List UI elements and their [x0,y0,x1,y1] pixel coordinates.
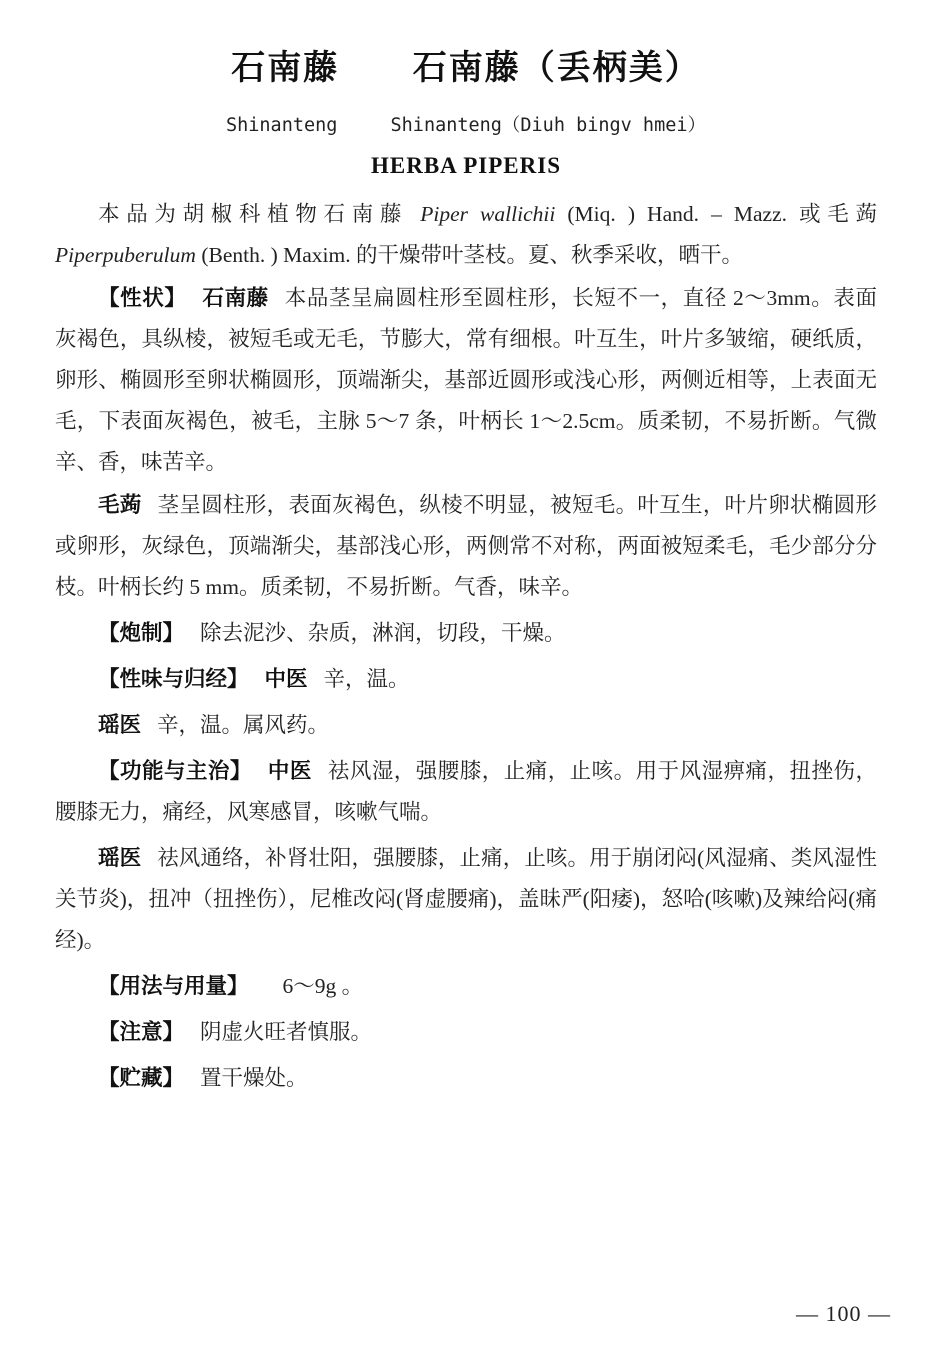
section-text-gongneng-yao: 祛风通络，补肾壮阳，强腰膝，止痛，止咳。用于崩闭闷(风湿痛、类风湿性关节炎)，扭… [55,846,877,952]
document-content: 石南藤 石南藤（丢柄美） Shinanteng Shinanteng（Diuh … [0,40,927,1099]
source-text-seg3: (Benth. ) Maxim. 的干燥带叶茎枝。夏、秋季采收，晒干。 [196,243,743,267]
pinyin-line: Shinanteng Shinanteng（Diuh bingv hmei） [55,111,877,137]
paragraph-paozhi: 【炮制】除去泥沙、杂质，淋润，切段，干燥。 [55,613,877,654]
document-page: 石南藤 石南藤（丢柄美） Shinanteng Shinanteng（Diuh … [0,0,927,1353]
subhead-zhongyi-1: 中医 [265,667,308,691]
paragraph-gongneng-zhongyi: 【功能与主治】中医祛风湿，强腰膝，止痛，止咳。用于风湿痹痛，扭挫伤，腰膝无力，痛… [55,751,877,833]
section-text-zhuyi: 阴虚火旺者慎服。 [200,1020,372,1044]
subhead-maoju: 毛蒟 [98,493,142,517]
source-text-seg1: 本品为胡椒科植物石南藤 [98,202,420,226]
pinyin-yao-name: Shinanteng（Diuh bingv hmei） [391,115,706,136]
section-text-xingzhuang: 本品茎呈扁圆柱形至圆柱形，长短不一，直径 2～3mm。表面灰褐色，具纵棱，被短毛… [55,286,877,474]
subhead-yaoyi-1: 瑶医 [98,713,141,737]
paragraph-xingwei-yaoyi: 瑶医辛，温。属风药。 [55,705,877,746]
section-text-paozhi: 除去泥沙、杂质，淋润，切段，干燥。 [200,621,566,645]
paragraph-xingwei-zhongyi: 【性味与归经】中医辛，温。 [55,659,877,700]
section-label-xingzhuang: 【性状】 [98,286,186,310]
botanical-name-2: Piperpuberulum [55,243,196,267]
paragraph-yongfa: 【用法与用量】6～9g 。 [55,966,877,1007]
subhead-shinanteng: 石南藤 [202,286,268,310]
title-yao-name: 石南藤（丢柄美） [413,49,701,87]
latin-drug-title: HERBA PIPERIS [55,153,877,179]
section-label-xingwei: 【性味与归经】 [98,667,249,691]
title-chinese-name: 石南藤 [231,49,339,87]
section-label-yongfa: 【用法与用量】 [98,974,249,998]
paragraph-gongneng-yaoyi: 瑶医祛风通络，补肾壮阳，强腰膝，止痛，止咳。用于崩闭闷(风湿痛、类风湿性关节炎)… [55,838,877,961]
section-text-maoju: 茎呈圆柱形，表面灰褐色，纵棱不明显，被短毛。叶互生，叶片卵状椭圆形或卵形，灰绿色… [55,493,877,599]
section-label-zhucang: 【贮藏】 [98,1066,184,1090]
section-label-zhuyi: 【注意】 [98,1020,184,1044]
source-text-seg2: (Miq. ) Hand. – Mazz. 或毛蒟 [555,202,877,226]
paragraph-xingzhuang: 【性状】石南藤本品茎呈扁圆柱形至圆柱形，长短不一，直径 2～3mm。表面灰褐色，… [55,278,877,483]
section-text-zhucang: 置干燥处。 [200,1066,308,1090]
paragraph-zhucang: 【贮藏】置干燥处。 [55,1058,877,1099]
section-text-yongfa: 6～9g 。 [283,974,364,998]
page-number: — 100 — [796,1301,891,1327]
section-text-xingwei-yao: 辛，温。属风药。 [157,713,329,737]
subhead-yaoyi-2: 瑶医 [98,846,141,870]
section-label-paozhi: 【炮制】 [98,621,184,645]
section-text-xingwei: 辛，温。 [324,667,410,691]
subhead-zhongyi-2: 中医 [268,759,312,783]
botanical-name-1: Piper wallichii [420,202,555,226]
pinyin-chinese-name: Shinanteng [226,115,337,136]
page-title: 石南藤 石南藤（丢柄美） [55,40,877,89]
paragraph-source: 本品为胡椒科植物石南藤 Piper wallichii (Miq. ) Hand… [55,194,877,276]
paragraph-maoju: 毛蒟茎呈圆柱形，表面灰褐色，纵棱不明显，被短毛。叶互生，叶片卵状椭圆形或卵形，灰… [55,485,877,608]
section-label-gongneng: 【功能与主治】 [98,759,252,783]
paragraph-zhuyi: 【注意】阴虚火旺者慎服。 [55,1012,877,1053]
